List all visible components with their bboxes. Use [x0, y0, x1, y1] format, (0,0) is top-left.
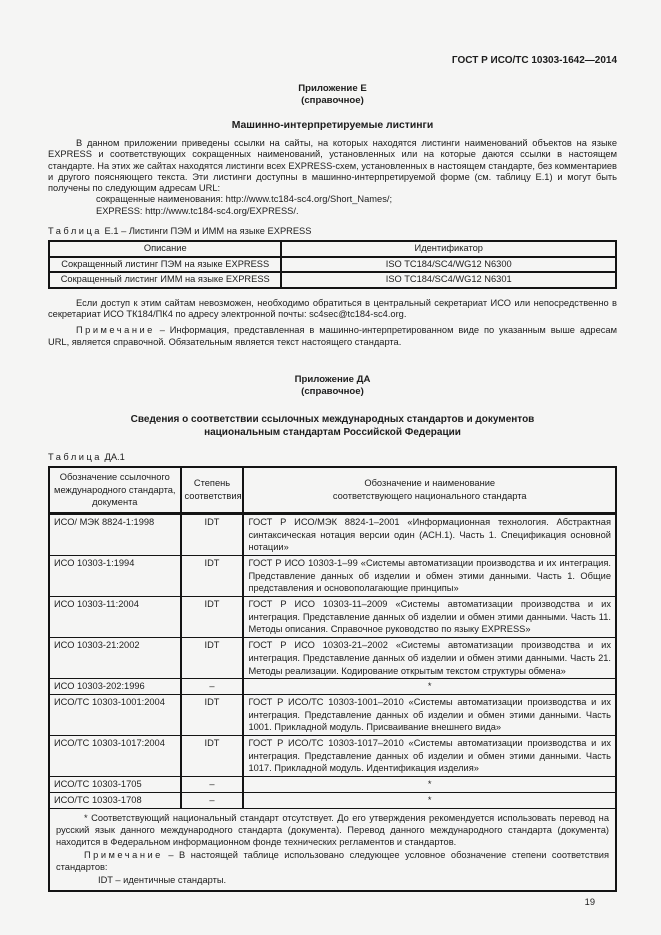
annex-e-title-block: Приложение Е (справочное)	[48, 83, 617, 107]
url-short-names: сокращенные наименования: http://www.tc1…	[96, 194, 617, 205]
footnote-text: * Соответствующий национальный стандарт …	[56, 812, 609, 849]
annex-e-note: Примечание – Информация, представленная …	[48, 325, 617, 348]
annex-e-paragraph-2: Если доступ к этим сайтам невозможен, не…	[48, 298, 617, 321]
document-page: { "page": { "doc_header": "ГОСТ Р ИСО/ТС…	[0, 0, 661, 935]
cell-degree: –	[181, 792, 244, 808]
header-line: Степень	[185, 477, 240, 490]
table-e1-cell: Сокращенный листинг ПЭМ на языке EXPRESS	[49, 257, 281, 273]
cell-degree: IDT	[181, 694, 244, 735]
table-da1-caption-word: Таблица	[48, 452, 102, 462]
cell-standard: ИСО 10303-202:1996	[49, 679, 181, 695]
header-line: Обозначение ссылочного	[53, 471, 177, 484]
cell-national: ГОСТ Р ИСО/ТС 10303-1001–2010 «Системы а…	[243, 694, 616, 735]
cell-standard: ИСО 10303-1:1994	[49, 555, 181, 596]
table-e1-header-row: Описание Идентификатор	[49, 241, 616, 257]
cell-national: ГОСТ Р ИСО 10303-11–2009 «Системы автома…	[243, 597, 616, 638]
table-row: ИСО 10303-202:1996 – *	[49, 679, 616, 695]
cell-standard: ИСО/ТС 10303-1001:2004	[49, 694, 181, 735]
cell-degree: IDT	[181, 736, 244, 777]
page-number: 19	[48, 896, 617, 908]
cell-national-absent: *	[243, 777, 616, 793]
annex-e-subtitle: (справочное)	[48, 95, 617, 107]
table-row: ИСО 10303-21:2002 IDT ГОСТ Р ИСО 10303-2…	[49, 638, 616, 679]
table-row: ИСО/ТС 10303-1017:2004 IDT ГОСТ Р ИСО/ТС…	[49, 736, 616, 777]
note-label: Примечание	[76, 325, 155, 335]
cell-standard: ИСО/ МЭК 8824-1:1998	[49, 513, 181, 555]
table-e1-caption-rest: Е.1 – Листинги ПЭМ и ИММ на языке EXPRES…	[102, 226, 312, 236]
cell-degree: IDT	[181, 555, 244, 596]
table-da1-caption: Таблица ДА.1	[48, 451, 617, 463]
document-title: ГОСТ Р ИСО/ТС 10303-1642—2014	[48, 55, 617, 67]
table-da1-header-degree: Степень соответствия	[181, 467, 244, 513]
header-line: соответствия	[185, 490, 240, 503]
page-content: ГОСТ Р ИСО/ТС 10303-1642—2014 Приложение…	[0, 0, 661, 908]
cell-standard: ИСО 10303-21:2002	[49, 638, 181, 679]
table-e1-header-identifier: Идентификатор	[281, 241, 616, 257]
table-e1: Описание Идентификатор Сокращенный листи…	[48, 240, 617, 289]
table-row: ИСО/ТС 10303-1705 – *	[49, 777, 616, 793]
annex-da-subtitle: (справочное)	[48, 386, 617, 398]
cell-national: ГОСТ Р ИСО/МЭК 8824-1–2001 «Информационн…	[243, 513, 616, 555]
header-line: международного стандарта,	[53, 484, 177, 497]
table-e1-caption-word: Таблица	[48, 226, 102, 236]
note-label: Примечание	[84, 850, 163, 860]
cell-standard: ИСО 10303-11:2004	[49, 597, 181, 638]
footnote-idt: IDT – идентичные стандарты.	[56, 874, 609, 886]
cell-degree: IDT	[181, 638, 244, 679]
header-line: документа	[53, 496, 177, 509]
footnote-note: Примечание – В настоящей таблице использ…	[56, 849, 609, 874]
table-e1-cell: ISO TC184/SC4/WG12 N6300	[281, 257, 616, 273]
annex-da-title: Приложение ДА	[48, 374, 617, 386]
table-row: Сокращенный листинг ИММ на языке EXPRESS…	[49, 272, 616, 288]
url-express: EXPRESS: http://www.tc184-sc4.org/EXPRES…	[96, 206, 617, 217]
cell-degree: –	[181, 679, 244, 695]
annex-e-paragraph-1: В данном приложении приведены ссылки на …	[48, 138, 617, 194]
annex-e-heading: Машинно-интерпретируемые листинги	[48, 119, 617, 132]
cell-national: ГОСТ Р ИСО 10303-1–99 «Системы автоматиз…	[243, 555, 616, 596]
url-list: сокращенные наименования: http://www.tc1…	[48, 194, 617, 217]
table-e1-header-description: Описание	[49, 241, 281, 257]
cell-national-absent: *	[243, 792, 616, 808]
cell-standard: ИСО/ТС 10303-1017:2004	[49, 736, 181, 777]
table-da1-header-standard: Обозначение ссылочного международного ст…	[49, 467, 181, 513]
table-footnote-row: * Соответствующий национальный стандарт …	[49, 808, 616, 891]
table-row: ИСО/ МЭК 8824-1:1998 IDT ГОСТ Р ИСО/МЭК …	[49, 513, 616, 555]
table-e1-cell: Сокращенный листинг ИММ на языке EXPRESS	[49, 272, 281, 288]
table-e1-cell: ISO TC184/SC4/WG12 N6301	[281, 272, 616, 288]
header-line: Обозначение и наименование	[247, 477, 612, 490]
table-row: ИСО 10303-11:2004 IDT ГОСТ Р ИСО 10303-1…	[49, 597, 616, 638]
annex-da-title-block: Приложение ДА (справочное)	[48, 374, 617, 398]
annex-da-heading-line1: Сведения о соответствии ссылочных междун…	[48, 413, 617, 426]
cell-national: ГОСТ Р ИСО 10303-21–2002 «Системы автома…	[243, 638, 616, 679]
table-da1-caption-rest: ДА.1	[102, 452, 125, 462]
table-da1: Обозначение ссылочного международного ст…	[48, 466, 617, 892]
table-footnote-cell: * Соответствующий национальный стандарт …	[49, 808, 616, 891]
cell-degree: –	[181, 777, 244, 793]
cell-standard: ИСО/ТС 10303-1708	[49, 792, 181, 808]
cell-national: ГОСТ Р ИСО/ТС 10303-1017–2010 «Системы а…	[243, 736, 616, 777]
table-row: ИСО/ТС 10303-1708 – *	[49, 792, 616, 808]
table-e1-caption: Таблица Е.1 – Листинги ПЭМ и ИММ на язык…	[48, 225, 617, 237]
cell-degree: IDT	[181, 513, 244, 555]
annex-da-heading-line2: национальным стандартам Российской Федер…	[48, 426, 617, 439]
table-row: Сокращенный листинг ПЭМ на языке EXPRESS…	[49, 257, 616, 273]
table-row: ИСО/ТС 10303-1001:2004 IDT ГОСТ Р ИСО/ТС…	[49, 694, 616, 735]
table-da1-header-national: Обозначение и наименование соответствующ…	[243, 467, 616, 513]
table-da1-header-row: Обозначение ссылочного международного ст…	[49, 467, 616, 513]
header-line: соответствующего национального стандарта	[247, 490, 612, 503]
cell-degree: IDT	[181, 597, 244, 638]
table-row: ИСО 10303-1:1994 IDT ГОСТ Р ИСО 10303-1–…	[49, 555, 616, 596]
annex-e-title: Приложение Е	[48, 83, 617, 95]
cell-national-absent: *	[243, 679, 616, 695]
annex-da-heading: Сведения о соответствии ссылочных междун…	[48, 413, 617, 439]
cell-standard: ИСО/ТС 10303-1705	[49, 777, 181, 793]
